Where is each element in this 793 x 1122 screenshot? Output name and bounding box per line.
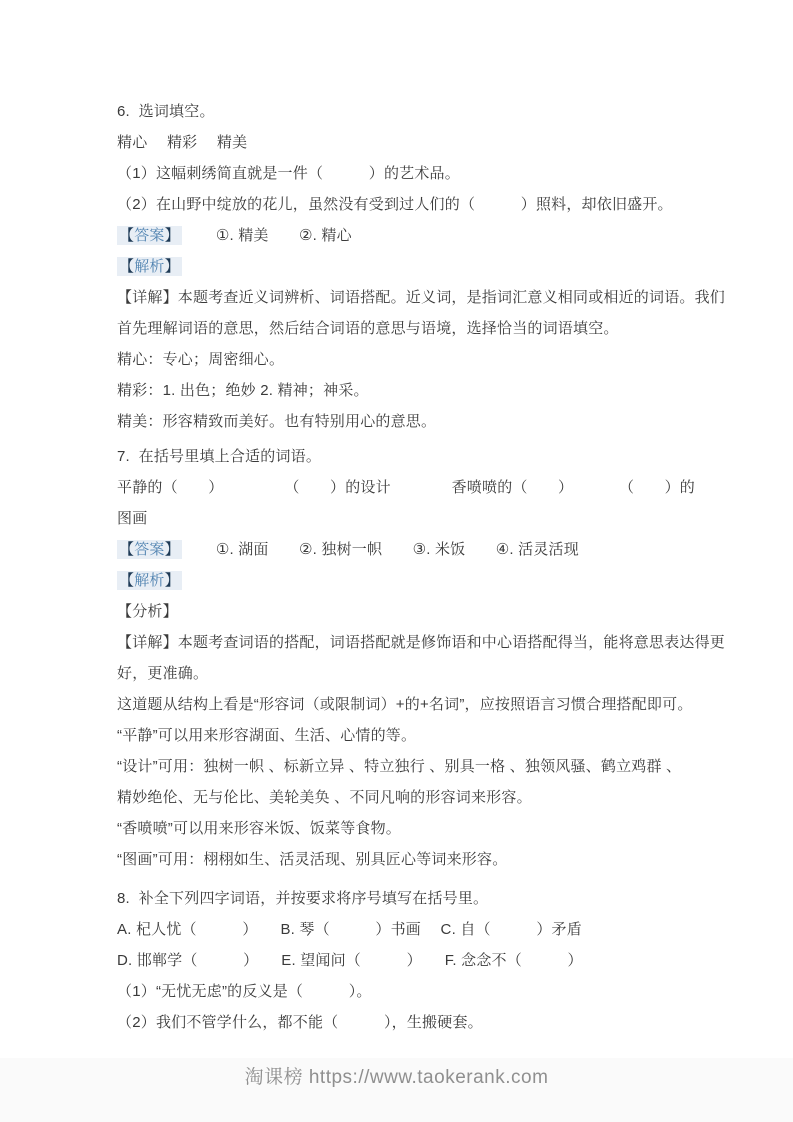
q6-answer-label: 【答案】 — [117, 226, 182, 245]
analysis-label-open-bracket: 【 — [119, 258, 134, 275]
q7-explanation-line: “图画”可用：栩栩如生、活灵活现、别具匠心等词来形容。 — [117, 844, 767, 875]
analysis-label-text: 解析 — [134, 572, 164, 589]
q8-item-2: （2）我们不管学什么，都不能（ ），生搬硬套。 — [117, 1007, 767, 1038]
q7-explanation-line: 精妙绝伦、无与伦比、美轮美奂 、不同凡响的形容词来形容。 — [117, 782, 767, 813]
answer-label-open-bracket: 【 — [119, 541, 134, 558]
q6-explanation-line: 首先理解词语的意思，然后结合词语的意思与语境，选择恰当的词语填空。 — [117, 313, 767, 344]
q6-explanation-line: 精美：形容精致而美好。也有特别用心的意思。 — [117, 406, 767, 437]
q7-analysis2-label: 【分析】 — [117, 596, 767, 627]
q7-fill-row-2: 图画 — [117, 503, 767, 534]
q7-analysis-label: 【解析】 — [117, 571, 182, 590]
answer-label-close-bracket: 】 — [165, 227, 180, 244]
q6-explanation-line: 【详解】本题考查近义词辨析、词语搭配。近义词，是指词汇意义相同或相近的词语。我们 — [117, 282, 767, 313]
footer-watermark-text: 淘课榜 https://www.taokerank.com — [245, 1058, 549, 1098]
answer-label-close-bracket: 】 — [165, 541, 180, 558]
analysis-label-text: 解析 — [134, 258, 164, 275]
q8-item-1: （1）“无忧无虑”的反义是（ ）。 — [117, 976, 767, 1007]
q7-analysis-line: 【解析】 — [117, 565, 767, 596]
q8-options-row-1: A. 杞人忧（ ） B. 琴（ ）书画 C. 自（ ）矛盾 — [117, 914, 767, 945]
analysis-label-close-bracket: 】 — [165, 572, 180, 589]
answer-label-text: 答案 — [134, 227, 164, 244]
q6-explanation-line: 精心：专心；周密细心。 — [117, 344, 767, 375]
answer-label-text: 答案 — [134, 541, 164, 558]
q7-explanation-line: “设计”可用：独树一帜 、标新立异 、特立独行 、别具一格 、独领风骚、鹤立鸡群… — [117, 751, 767, 782]
q6-item-1: （1）这幅刺绣简直就是一件（ ）的艺术品。 — [117, 158, 767, 189]
answer-label-open-bracket: 【 — [119, 227, 134, 244]
page-footer: 淘课榜 https://www.taokerank.com — [0, 1058, 793, 1122]
q6-answer-text: ①. 精美 ②. 精心 — [216, 227, 352, 244]
q7-explanation-line: 好，更准确。 — [117, 658, 767, 689]
q7-answer-text: ①. 湖面 ②. 独树一帜 ③. 米饭 ④. 活灵活现 — [216, 541, 579, 558]
q7-explanation-line: 【详解】本题考查词语的搭配，词语搭配就是修饰语和中心语搭配得当，能将意思表达得更 — [117, 627, 767, 658]
q6-analysis-line: 【解析】 — [117, 251, 767, 282]
q7-answer-line: 【答案】①. 湖面 ②. 独树一帜 ③. 米饭 ④. 活灵活现 — [117, 534, 767, 565]
q6-analysis-label: 【解析】 — [117, 257, 182, 276]
q7-fill-row-1: 平静的（ ） （ ）的设计 香喷喷的（ ） （ ）的 — [117, 472, 767, 503]
q6-item-2: （2）在山野中绽放的花儿，虽然没有受到过人们的（ ）照料，却依旧盛开。 — [117, 189, 767, 220]
q7-explanation-line: “平静”可以用来形容湖面、生活、心情的等。 — [117, 720, 767, 751]
analysis-label-open-bracket: 【 — [119, 572, 134, 589]
q6-answer-line: 【答案】①. 精美 ②. 精心 — [117, 220, 767, 251]
q6-explanation-line: 精彩：1. 出色；绝妙 2. 精神；神采。 — [117, 375, 767, 406]
q7-title: 7. 在括号里填上合适的词语。 — [117, 441, 767, 472]
q7-explanation-line: “香喷喷”可以用来形容米饭、饭菜等食物。 — [117, 813, 767, 844]
q6-title: 6. 选词填空。 — [117, 96, 767, 127]
q6-word-bank: 精心 精彩 精美 — [117, 127, 767, 158]
q7-answer-label: 【答案】 — [117, 540, 182, 559]
analysis-label-close-bracket: 】 — [165, 258, 180, 275]
q8-title: 8. 补全下列四字词语，并按要求将序号填写在括号里。 — [117, 883, 767, 914]
q8-options-row-2: D. 邯郸学（ ） E. 望闻问（ ） F. 念念不（ ） — [117, 945, 767, 976]
exam-content: 6. 选词填空。 精心 精彩 精美 （1）这幅刺绣简直就是一件（ ）的艺术品。 … — [117, 96, 767, 1038]
q7-explanation-line: 这道题从结构上看是“形容词（或限制词）+的+名词”，应按照语言习惯合理搭配即可。 — [117, 689, 767, 720]
